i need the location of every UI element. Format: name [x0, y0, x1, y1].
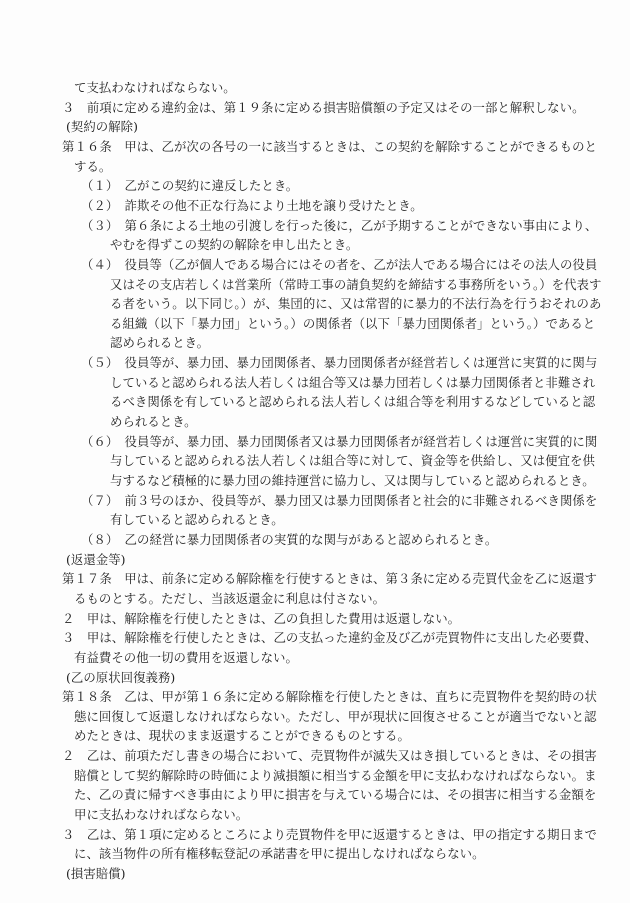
article-16: 第１６条 甲は、乙が次の各号の一に該当するときは、この契約を解除することができる… — [62, 137, 597, 157]
text-line: て支払わなければならない。 — [74, 78, 236, 98]
text-line: していると認められる法人若しくは組合等又は暴力団若しくは暴力団関係者と非難され — [110, 373, 595, 393]
text-line: る者をいう。以下同じ。）が、集団的に、又は常習的に暴力的不法行為を行うおそれのあ — [110, 294, 601, 314]
article-18: 第１８条 乙は、甲が第１６条に定める解除権を行使したときは、直ちに売買物件を契約… — [62, 687, 597, 707]
section-heading: (乙の原状回復義務) — [66, 668, 175, 688]
paragraph: ２ 乙は、前項ただし書きの場合において、売買物件が滅失又はき損しているときは、そ… — [62, 746, 597, 766]
paragraph: ２ 甲は、解除権を行使したときは、乙の負担した費用は返還しない。 — [62, 609, 460, 629]
text-line: 与していると認められる法人若しくは組合等に対して、資金等を供給し、又は便宜を供 — [110, 451, 595, 471]
text-line: ３ 前項に定める違約金は、第１９条に定める損害賠償額の予定又はその一部と解釈しな… — [62, 98, 585, 118]
text-line: に、該当物件の所有権移転登記の承諾書を甲に提出しなければならない。 — [74, 844, 485, 864]
article-17: 第１７条 甲は、前条に定める解除権を行使するときは、第３条に定める売買代金を乙に… — [62, 569, 597, 589]
list-item: （６） 役員等が、暴力団、暴力団関係者又は暴力団関係者が経営若しくは運営に実質的… — [81, 432, 597, 452]
text-line: た、乙の責に帰すべき事由により甲に損害を与えている場合には、その損害に相当する金… — [74, 785, 596, 805]
list-item: （３） 第６条による土地の引渡しを行った後に，乙が予期することができない事由によ… — [81, 216, 597, 236]
text-line: るべき関係を有していると認められる法人若しくは組合等を利用するなどしていると認 — [110, 392, 595, 412]
text-line: 賠償として契約解除時の時価により減損額に相当する金額を甲に支払わなければならない… — [74, 766, 597, 786]
text-line: 与するなど積極的に暴力団の維持運営に協力し、又は関与していると認められるとき。 — [110, 471, 595, 491]
list-item: （４） 役員等（乙が個人である場合にはその者を、乙が法人である場合にはその法人の… — [81, 255, 597, 275]
list-item: （８） 乙の経営に暴力団関係者の実質的な関与があると認められるとき。 — [81, 530, 497, 550]
list-item: （７） 前３号のほか、役員等が、暴力団又は暴力団関係者と社会的に非難されるべき関… — [81, 491, 597, 511]
section-heading: (契約の解除) — [66, 117, 138, 137]
text-line: やむを得ずこの契約の解除を申し出たとき。 — [110, 235, 358, 255]
text-line: 態に回復して返還しなければならない。ただし、甲が現状に回復させることが適当でない… — [74, 707, 597, 727]
paragraph: ３ 乙は、第１項に定めるところにより売買物件を甲に返還するときは、甲の指定する期… — [62, 825, 597, 845]
list-item: （２） 詐欺その他不正な行為により土地を譲り受けたとき。 — [81, 196, 423, 216]
text-line: められるとき。 — [110, 412, 197, 432]
text-line: 又はその支店若しくは営業所（常時工事の請負契約を締結する事務所をいう。）を代表す — [110, 275, 601, 295]
section-heading: (損害賠償) — [66, 864, 126, 884]
text-line: 甲に支払わなければならない。 — [74, 805, 248, 825]
section-heading: (返還金等) — [66, 550, 126, 570]
paragraph: ３ 甲は、解除権を行使したときは、乙の支払った違約金及び乙が売買物件に支出した必… — [62, 628, 597, 648]
text-line: めたときは、現状のまま返還することができるものとする。 — [74, 726, 410, 746]
text-line: 有していると認められるとき。 — [110, 510, 284, 530]
text-line: る組織（以下「暴力団」という。）の関係者（以下「暴力団関係者」という。）であると — [110, 314, 595, 334]
text-line: 有益費その他一切の費用を返還しない。 — [74, 648, 298, 668]
list-item: （１） 乙がこの契約に違反したとき。 — [81, 176, 298, 196]
text-line: るものとする。ただし、当該返還金に利息は付さない。 — [74, 589, 385, 609]
list-item: （５） 役員等が、暴力団、暴力団関係者、暴力団関係者が経営若しくは運営に実質的に… — [81, 353, 597, 373]
text-line: 認められるとき。 — [110, 333, 209, 353]
text-line: する。 — [74, 157, 111, 177]
